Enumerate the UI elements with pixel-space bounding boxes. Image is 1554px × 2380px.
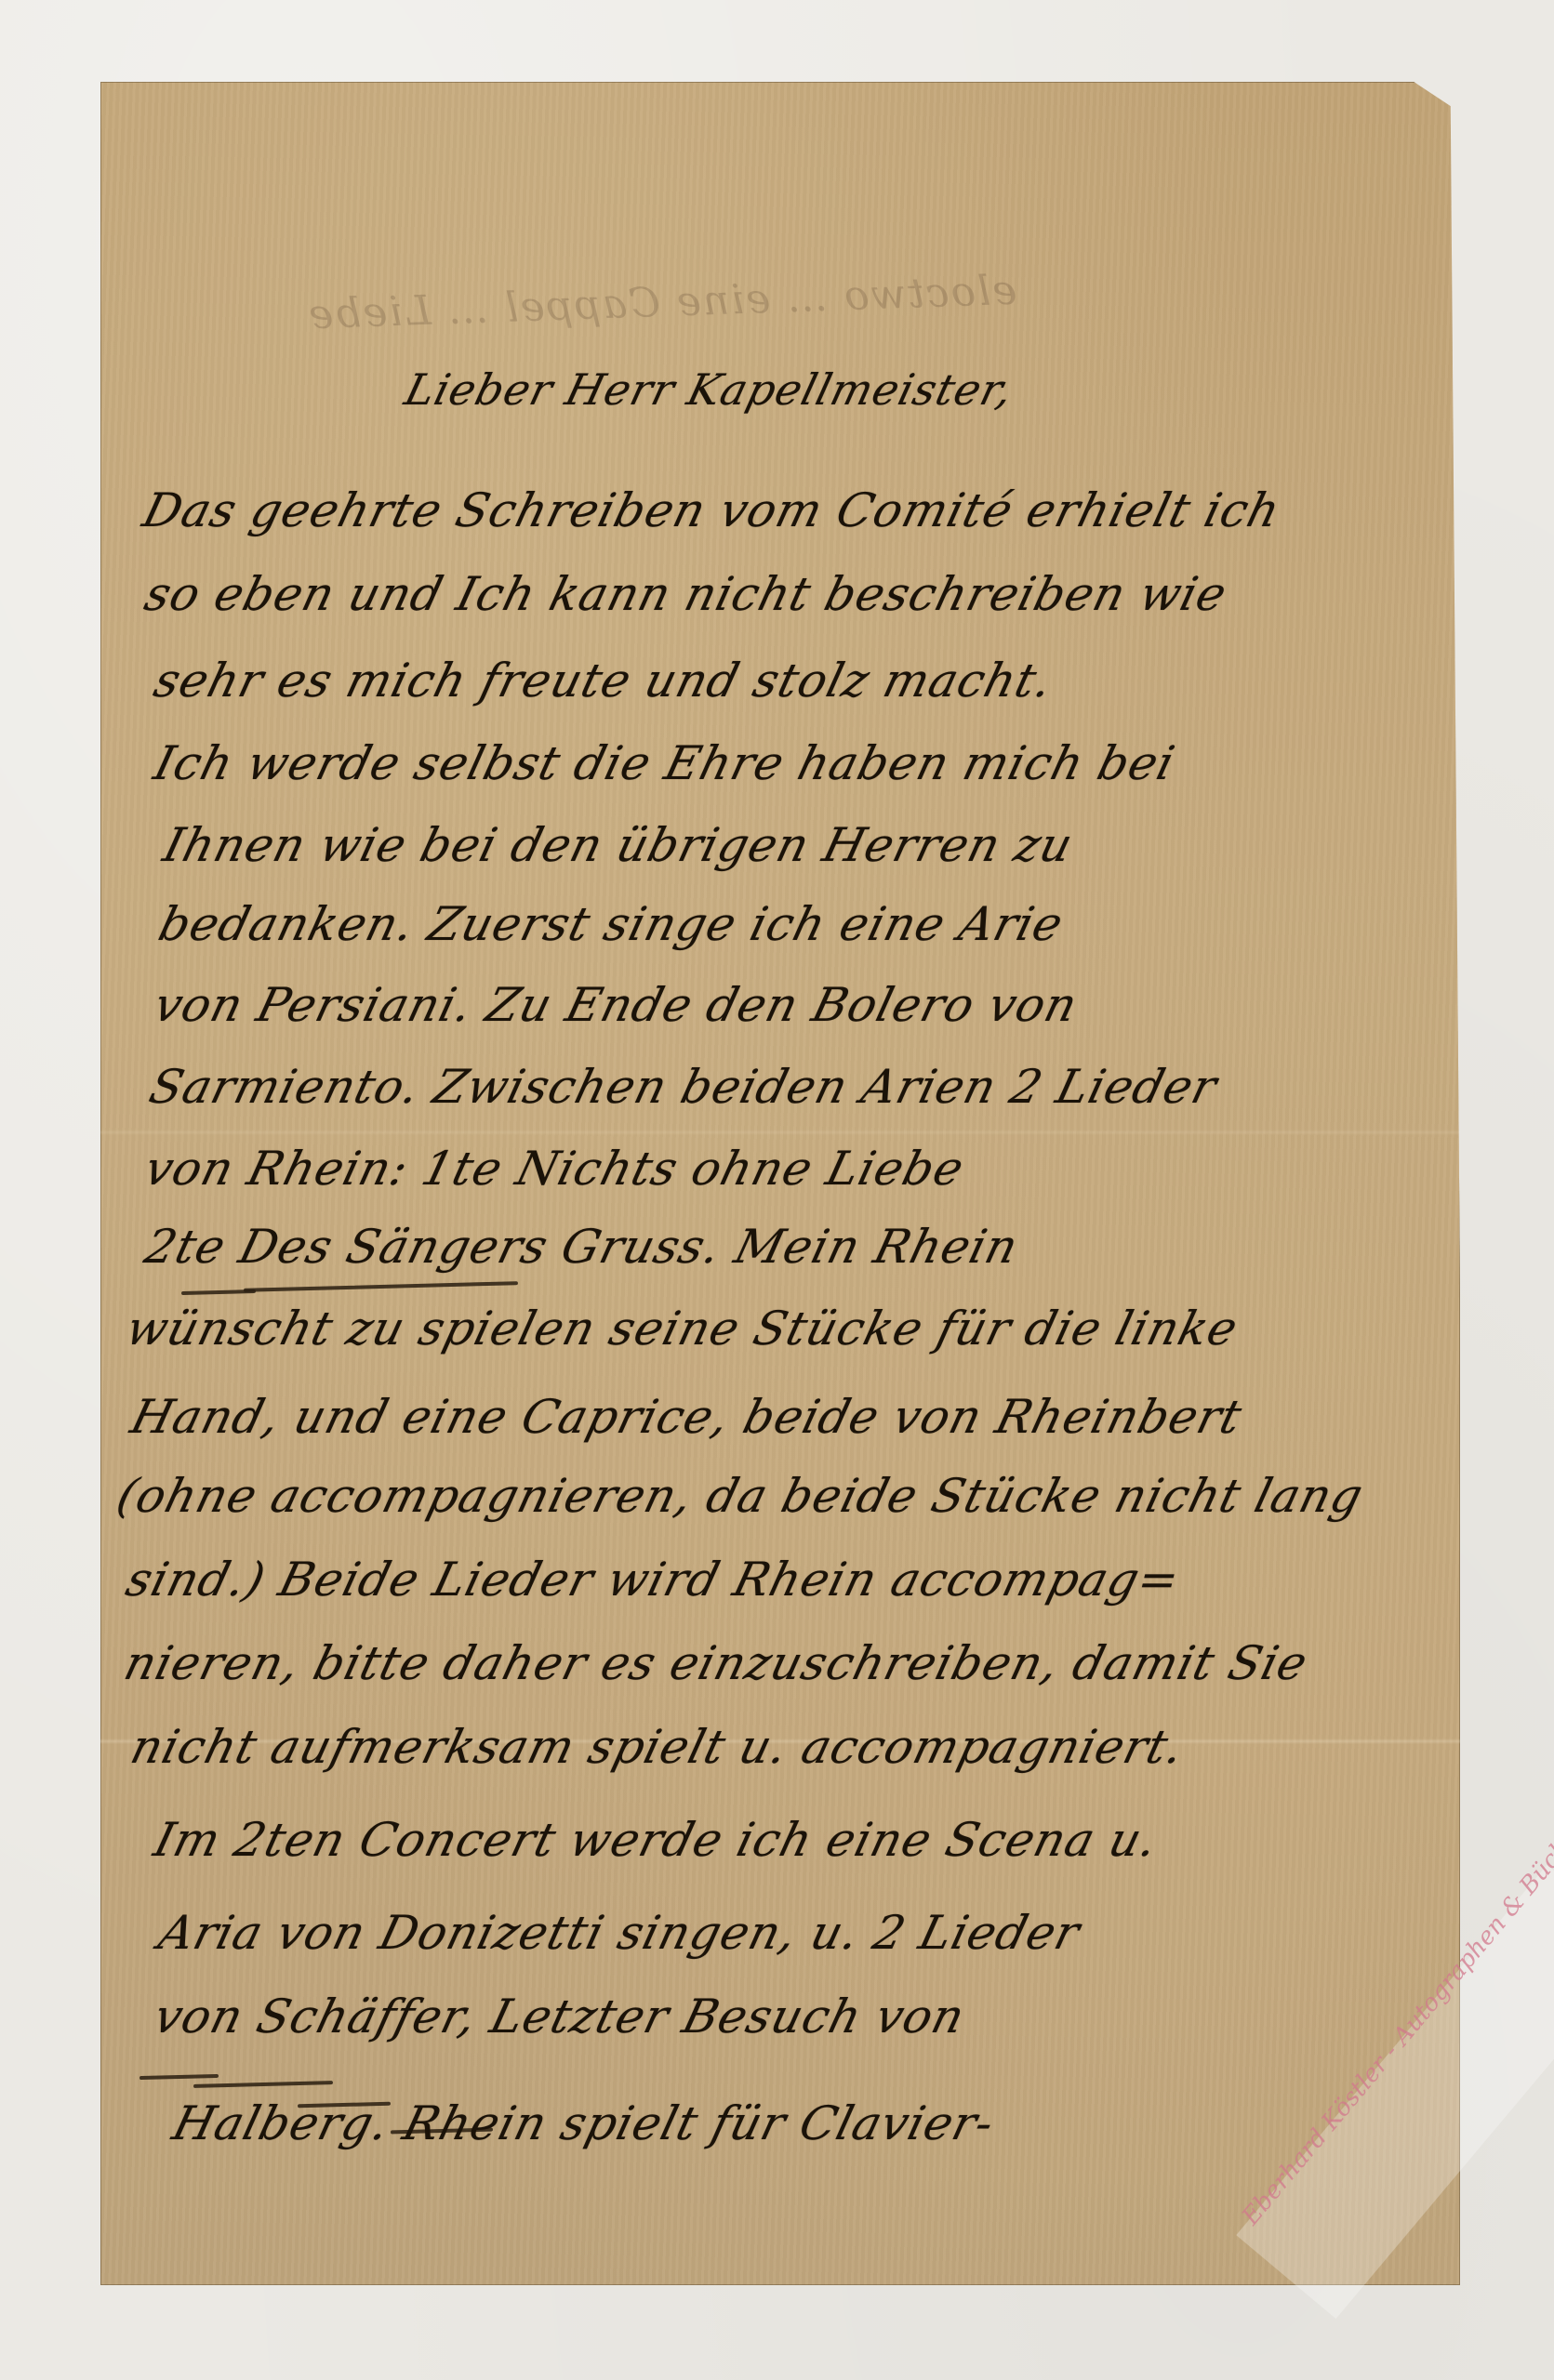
letter-line: von Schäffer, Letzter Besuch von [149, 1990, 971, 2043]
paper-fold-crease [100, 1130, 1460, 1135]
letter-salutation: Lieber Herr Kapellmeister, [400, 364, 1018, 415]
letter-line: Aria von Donizetti singen, u. 2 Lieder [153, 1906, 1085, 1960]
letter-line: sind.) Beide Lieder wird Rhein accompag= [121, 1553, 1186, 1606]
letter-line: nicht aufmerksam spielt u. accompagniert… [126, 1720, 1189, 1774]
letter-line: von Persiani. Zu Ende den Bolero von [149, 978, 1083, 1032]
letter-line: von Rhein: 1te Nichts ohne Liebe [139, 1142, 970, 1196]
letter-line: bedanken. Zuerst singe ich eine Arie [153, 897, 1069, 951]
letter-line: so eben und Ich kann nicht beschreiben w… [139, 567, 1232, 621]
letter-line: (ohne accompagnieren, da beide Stücke ni… [112, 1469, 1369, 1523]
letter-line: Das geehrte Schreiben vom Comité erhielt… [138, 483, 1286, 537]
letter-line: Ihnen wie bei den übrigen Herren zu [158, 818, 1079, 872]
letter-line: Sarmiento. Zwischen beiden Arien 2 Liede… [144, 1060, 1223, 1114]
letter-line: Im 2ten Concert werde ich eine Scena u. [149, 1813, 1163, 1867]
letter-line: nieren, bitte daher es einzuschreiben, d… [119, 1636, 1313, 1690]
letter-line: wünscht zu spielen seine Stücke für die … [121, 1302, 1243, 1355]
letter-line: sehr es mich freute und stolz macht. [149, 654, 1058, 707]
letter-line: Halberg. Rhein spielt für Clavier- [167, 2096, 1000, 2150]
letter-line: Ich werde selbst die Ehre haben mich bei [149, 736, 1180, 790]
letter-line: Hand, und eine Caprice, beide von Rheinb… [126, 1390, 1248, 1444]
letter-line: 2te Des Sängers Gruss. Mein Rhein [139, 1220, 1024, 1274]
